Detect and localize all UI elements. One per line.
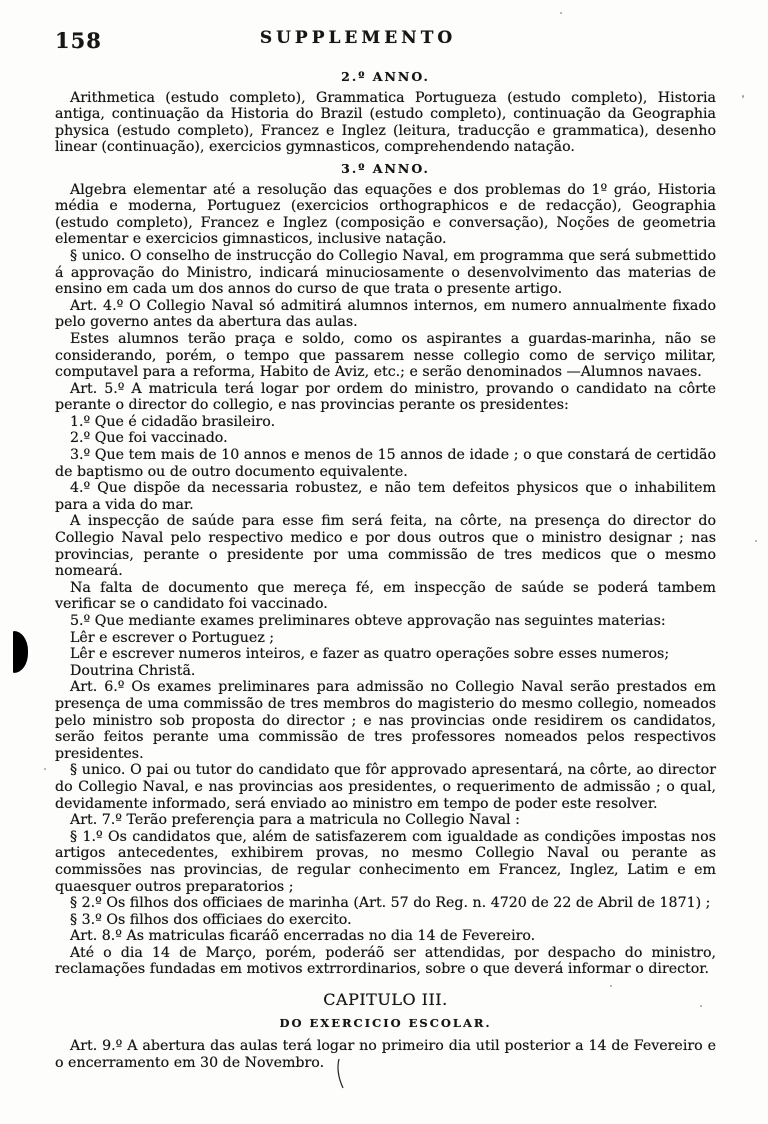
paragraph: 1.º Que é cidadão brasileiro. <box>55 414 716 431</box>
paragraph: 5.º Que mediante exames preliminares obt… <box>55 613 716 630</box>
chapter-heading: CAPITULO III. <box>55 992 716 1009</box>
chapter-subheading: DO EXERCICIO ESCOLAR. <box>55 1015 716 1032</box>
paragraph: 2.º Que foi vaccinado. <box>55 430 716 447</box>
paragraph: Art. 6.º Os exames preliminares para adm… <box>55 679 716 762</box>
ink-speck <box>560 12 562 14</box>
paragraph: 4.º Que dispõe da necessaria robustez, e… <box>55 480 716 513</box>
ink-speck <box>742 95 744 98</box>
paragraph: A inspecção de saúde para esse fim será … <box>55 513 716 579</box>
ink-speck <box>628 300 630 302</box>
paragraph: Arithmetica (estudo completo), Grammatic… <box>55 90 716 156</box>
paragraph: Doutrina Christã. <box>55 663 716 680</box>
paragraph: Art. 5.º A matricula terá logar por orde… <box>55 381 716 414</box>
paragraph: Art. 7.º Terão preferençia para a matric… <box>55 812 716 829</box>
ink-speck <box>44 768 46 770</box>
paragraph: Estes alumnos terão praça e soldo, como … <box>55 331 716 381</box>
document-body: 2.º ANNO.Arithmetica (estudo completo), … <box>0 60 768 1071</box>
paragraph: § unico. O pai ou tutor do candidato que… <box>55 762 716 812</box>
paragraph: § 2.º Os filhos dos officiaes de marinha… <box>55 895 716 912</box>
paragraph: Lêr e escrever numeros inteiros, e fazer… <box>55 646 716 663</box>
paragraph: Art. 8.º As matriculas ficaráõ encerrada… <box>55 928 716 945</box>
ink-speck <box>610 985 612 987</box>
paragraph: Algebra elementar até a resolução das eq… <box>55 182 716 248</box>
paragraph: § 3.º Os filhos dos officiaes do exercit… <box>55 912 716 929</box>
paragraph: Até o dia 14 de Março, porém, poderáõ se… <box>55 945 716 978</box>
paragraph: § 1.º Os candidatos que, além de satisfa… <box>55 829 716 895</box>
anno-heading: 2.º ANNO. <box>55 69 716 86</box>
anno-heading: 3.º ANNO. <box>55 161 716 178</box>
paragraph: 3.º Que tem mais de 10 annos e menos de … <box>55 447 716 480</box>
document-page: 158 SUPPLEMENTO 2.º ANNO.Arithmetica (es… <box>0 0 768 1124</box>
paragraph: Na falta de documento que mereça fé, em … <box>55 580 716 613</box>
ink-speck <box>755 540 757 542</box>
paragraph: Art. 9.º A abertura das aulas terá logar… <box>55 1038 716 1071</box>
ink-speck <box>700 1005 702 1007</box>
page-header: 158 SUPPLEMENTO <box>0 0 768 60</box>
paragraph: Art. 4.º O Collegio Naval só admitirá al… <box>55 298 716 331</box>
paragraph: § unico. O conselho de instrucção do Col… <box>55 248 716 298</box>
running-title: SUPPLEMENTO <box>0 28 742 48</box>
pen-stroke-mark <box>334 1058 348 1090</box>
paragraph: Lêr e escrever o Portuguez ; <box>55 630 716 647</box>
